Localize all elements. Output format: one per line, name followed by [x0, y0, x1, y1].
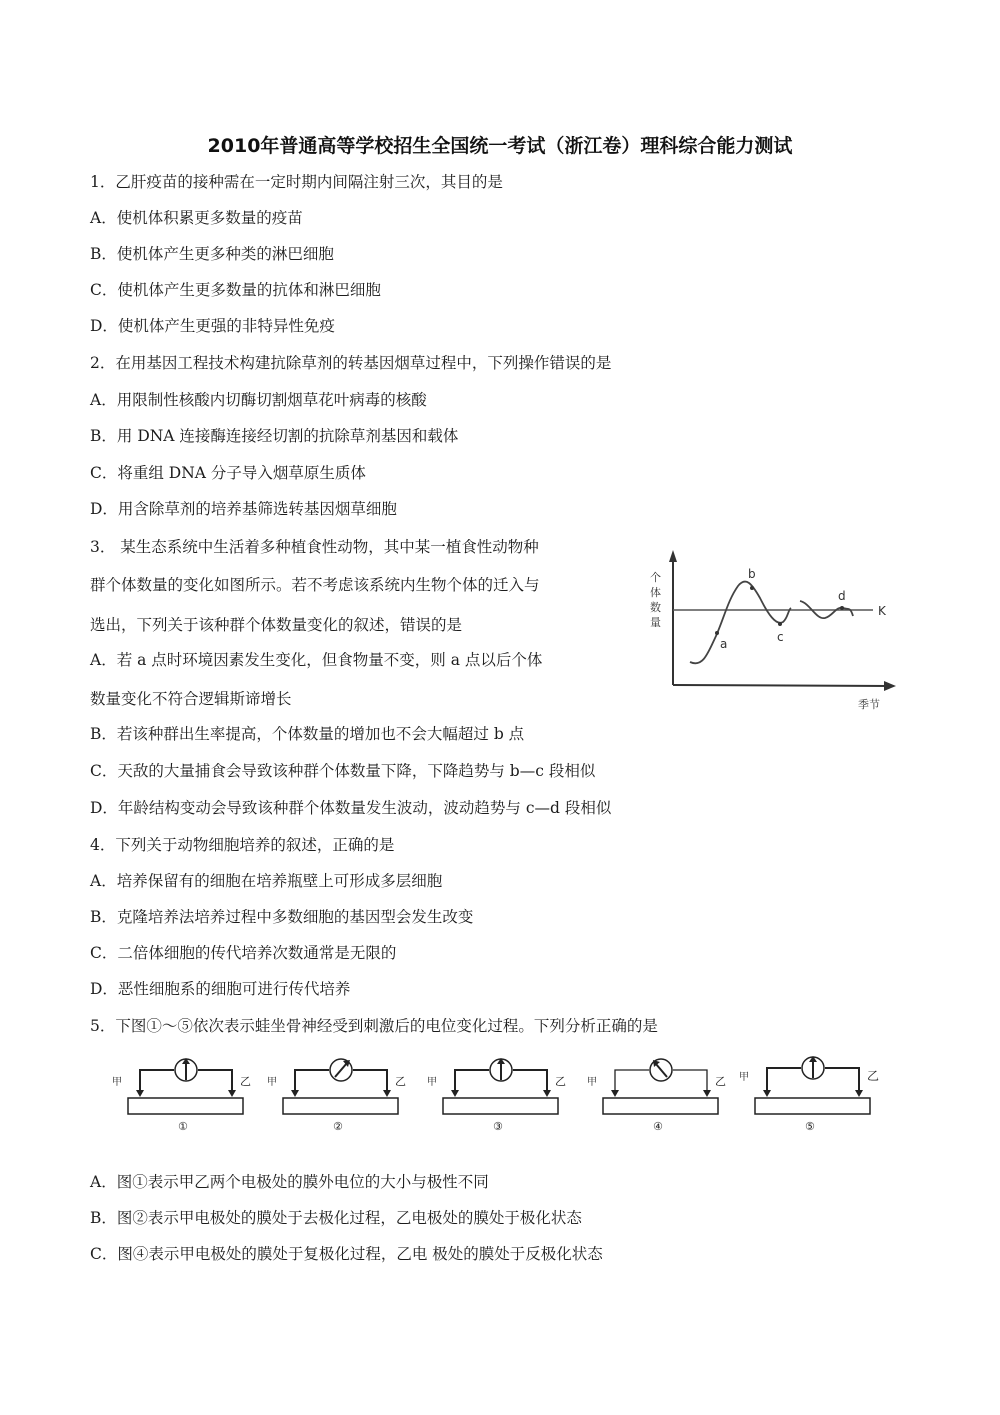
- circuit-panel-2: 甲 乙 ②: [267, 1059, 406, 1133]
- svg-text:甲: 甲: [739, 1071, 749, 1083]
- svg-text:体: 体: [650, 585, 661, 599]
- question-4-option-b: B．克隆培养法培养过程中多数细胞的基因型会发生改变: [90, 905, 473, 927]
- x-axis-label: 季节: [858, 697, 880, 711]
- circuit-panel-1: 甲 乙 ①: [112, 1058, 251, 1133]
- question-2-option-b: B．用 DNA 连接酶连接经切割的抗除草剂基因和载体: [90, 424, 458, 446]
- svg-text:甲: 甲: [587, 1076, 597, 1088]
- question-2-option-c: C．将重组 DNA 分子导入烟草原生质体: [90, 461, 366, 483]
- question-3-option-d: D．年龄结构变动会导致该种群个体数量发生波动，波动趋势与 c—d 段相似: [90, 796, 611, 818]
- question-5-stem: 5．下图①～⑤依次表示蛙坐骨神经受到刺激后的电位变化过程。下列分析正确的是: [90, 1014, 658, 1036]
- svg-text:量: 量: [650, 616, 661, 629]
- question-5-option-b: B．图②表示甲电极处的膜处于去极化过程，乙电极处的膜处于极化状态: [90, 1206, 582, 1228]
- question-5-option-a: A．图①表示甲乙两个电极处的膜外电位的大小与极性不同: [90, 1170, 489, 1192]
- question-1-option-a: A．使机体积累更多数量的疫苗: [90, 206, 303, 228]
- question-1-option-d: D．使机体产生更强的非特异性免疫: [90, 314, 335, 336]
- question-2-option-a: A．用限制性核酸内切酶切割烟草花叶病毒的核酸: [90, 388, 427, 410]
- panel-label: ①: [178, 1120, 188, 1133]
- svg-text:乙: 乙: [715, 1075, 726, 1088]
- question-3-option-b: B．若该种群出生率提高，个体数量的增加也不会大幅超过 b 点: [90, 722, 524, 744]
- question-3-stem-line-1: 3． 某生态系统中生活着多种植食性动物，其中某一植食性动物种: [90, 535, 539, 557]
- svg-text:甲: 甲: [112, 1076, 122, 1088]
- point-d-label: d: [838, 589, 846, 603]
- question-4-stem: 4．下列关于动物细胞培养的叙述，正确的是: [90, 833, 394, 855]
- svg-text:乙: 乙: [395, 1075, 406, 1088]
- question-5-option-c: C．图④表示甲电极处的膜处于复极化过程，乙电 极处的膜处于反极化状态: [90, 1242, 603, 1264]
- panel-label: ⑤: [805, 1120, 815, 1133]
- svg-text:乙: 乙: [867, 1069, 879, 1083]
- svg-text:乙: 乙: [555, 1075, 566, 1088]
- question-4-option-a: A．培养保留有的细胞在培养瓶壁上可形成多层细胞: [90, 869, 442, 891]
- k-label: K: [878, 604, 887, 618]
- question-3-option-a: A．若 a 点时环境因素发生变化，但食物量不变，则 a 点以后个体: [90, 648, 542, 670]
- document-title: 2010年普通高等学校招生全国统一考试（浙江卷）理科综合能力测试: [0, 131, 1000, 158]
- question-2-stem: 2．在用基因工程技术构建抗除草剂的转基因烟草过程中，下列操作错误的是: [90, 351, 611, 373]
- point-c-label: c: [777, 630, 784, 644]
- nerve-potential-diagrams: 甲 乙 ① 甲 乙 ② 甲 乙 ③ 甲 乙 ④: [100, 1050, 900, 1140]
- question-1-option-c: C．使机体产生更多数量的抗体和淋巴细胞: [90, 278, 381, 300]
- svg-text:甲: 甲: [267, 1076, 277, 1088]
- population-graph: 个 体 数 量 季节 K a b c d: [628, 548, 898, 718]
- point-b-label: b: [748, 567, 756, 581]
- panel-label: ②: [333, 1120, 343, 1133]
- svg-text:甲: 甲: [427, 1076, 437, 1088]
- y-axis-label: 个 体 数 量: [650, 571, 661, 629]
- svg-text:乙: 乙: [240, 1075, 251, 1088]
- svg-text:个: 个: [650, 571, 661, 584]
- panel-label: ③: [493, 1120, 503, 1133]
- question-3-option-c: C．天敌的大量捕食会导致该种群个体数量下降，下降趋势与 b—c 段相似: [90, 759, 595, 781]
- svg-text:数: 数: [650, 600, 661, 614]
- circuit-panel-3: 甲 乙 ③: [427, 1058, 566, 1133]
- question-1-option-b: B．使机体产生更多种类的淋巴细胞: [90, 242, 334, 264]
- question-3-stem-line-3: 选出，下列关于该种群个体数量变化的叙述，错误的是: [90, 613, 462, 635]
- question-3-option-a-cont: 数量变化不符合逻辑斯谛增长: [90, 687, 292, 709]
- question-3-stem-line-2: 群个体数量的变化如图所示。若不考虑该系统内生物个体的迁入与: [90, 573, 540, 595]
- question-4-option-c: C．二倍体细胞的传代培养次数通常是无限的: [90, 941, 396, 963]
- question-2-option-d: D．用含除草剂的培养基筛选转基因烟草细胞: [90, 497, 397, 519]
- circuit-panel-4: 甲 乙 ④: [587, 1059, 726, 1133]
- panel-label: ④: [653, 1120, 663, 1133]
- point-a-label: a: [720, 637, 727, 651]
- question-4-option-d: D．恶性细胞系的细胞可进行传代培养: [90, 977, 350, 999]
- question-1-stem: 1．乙肝疫苗的接种需在一定时期内间隔注射三次，其目的是: [90, 170, 503, 192]
- circuit-panel-5: 甲 乙 ⑤: [739, 1056, 879, 1133]
